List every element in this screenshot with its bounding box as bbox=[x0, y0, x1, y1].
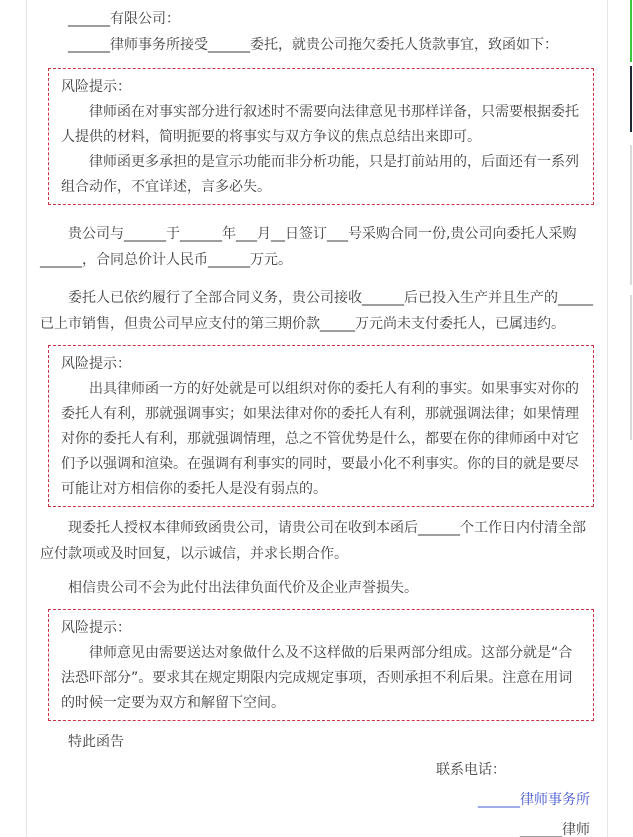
contact-phone-label: 联系电话： bbox=[40, 757, 594, 783]
risk-note-paragraph: 律师意见由需要送达对象做什么及不这样做的后果两部分组成。这部分就是“合法恐吓部分… bbox=[61, 641, 581, 716]
document-page: ______有限公司： ______律师事务所接受______委托，就贵公司拖欠… bbox=[27, 0, 607, 837]
contract-paragraph: 贵公司与______于______年___月__日签订___号采购合同一份,贵公… bbox=[40, 221, 594, 273]
risk-note-paragraph: 出具律师函一方的好处就是可以组织对你的委托人有利的事实。如果事实对你的委托人有利… bbox=[61, 377, 581, 502]
risk-note-paragraph: 律师函更多承担的是宣示功能而非分析功能，只是打前站用的，后面还有一系列组合动作，… bbox=[61, 150, 581, 200]
intro-paragraph: ______律师事务所接受______委托，就贵公司拖欠委托人货款事宜，致函如下… bbox=[40, 32, 594, 58]
scrollbar-thumb[interactable] bbox=[630, 66, 632, 132]
content-right-border bbox=[607, 0, 608, 837]
trust-paragraph: 相信贵公司不会为此付出法律负面代价及企业声誉损失。 bbox=[40, 575, 594, 601]
demand-paragraph: 现委托人授权本律师致函贵公司，请贵公司在收到本函后______个工作日内付清全部… bbox=[40, 515, 594, 567]
risk-note-box-2: 风险提示： 出具律师函一方的好处就是可以组织对你的委托人有利的事实。如果事实对你… bbox=[48, 345, 594, 507]
scroll-indicator-gray-segment-2 bbox=[630, 295, 632, 440]
scroll-indicator-green-segment bbox=[630, 0, 632, 62]
closing-line: 特此函告 bbox=[40, 729, 594, 755]
risk-note-title: 风险提示： bbox=[61, 352, 581, 377]
risk-note-box-1: 风险提示： 律师函在对事实部分进行叙述时不需要向法律意见书那样详备，只需要根据委… bbox=[48, 68, 594, 205]
law-firm-signature-link[interactable]: ______律师事务所 bbox=[40, 787, 594, 813]
breach-paragraph: 委托人已依约履行了全部合同义务，贵公司接收______后已投入生产并且生产的__… bbox=[40, 285, 594, 337]
risk-note-paragraph: 律师函在对事实部分进行叙述时不需要向法律意见书那样详备，只需要根据委托人提供的材… bbox=[61, 100, 581, 150]
scroll-indicator-gray-segment-1 bbox=[630, 145, 632, 285]
risk-note-title: 风险提示： bbox=[61, 616, 581, 641]
addressee-line: ______有限公司： bbox=[40, 6, 594, 32]
risk-note-title: 风险提示： bbox=[61, 75, 581, 100]
risk-note-box-3: 风险提示： 律师意见由需要送达对象做什么及不这样做的后果两部分组成。这部分就是“… bbox=[48, 609, 594, 721]
lawyer-signature-line: ______律师 bbox=[40, 817, 594, 837]
